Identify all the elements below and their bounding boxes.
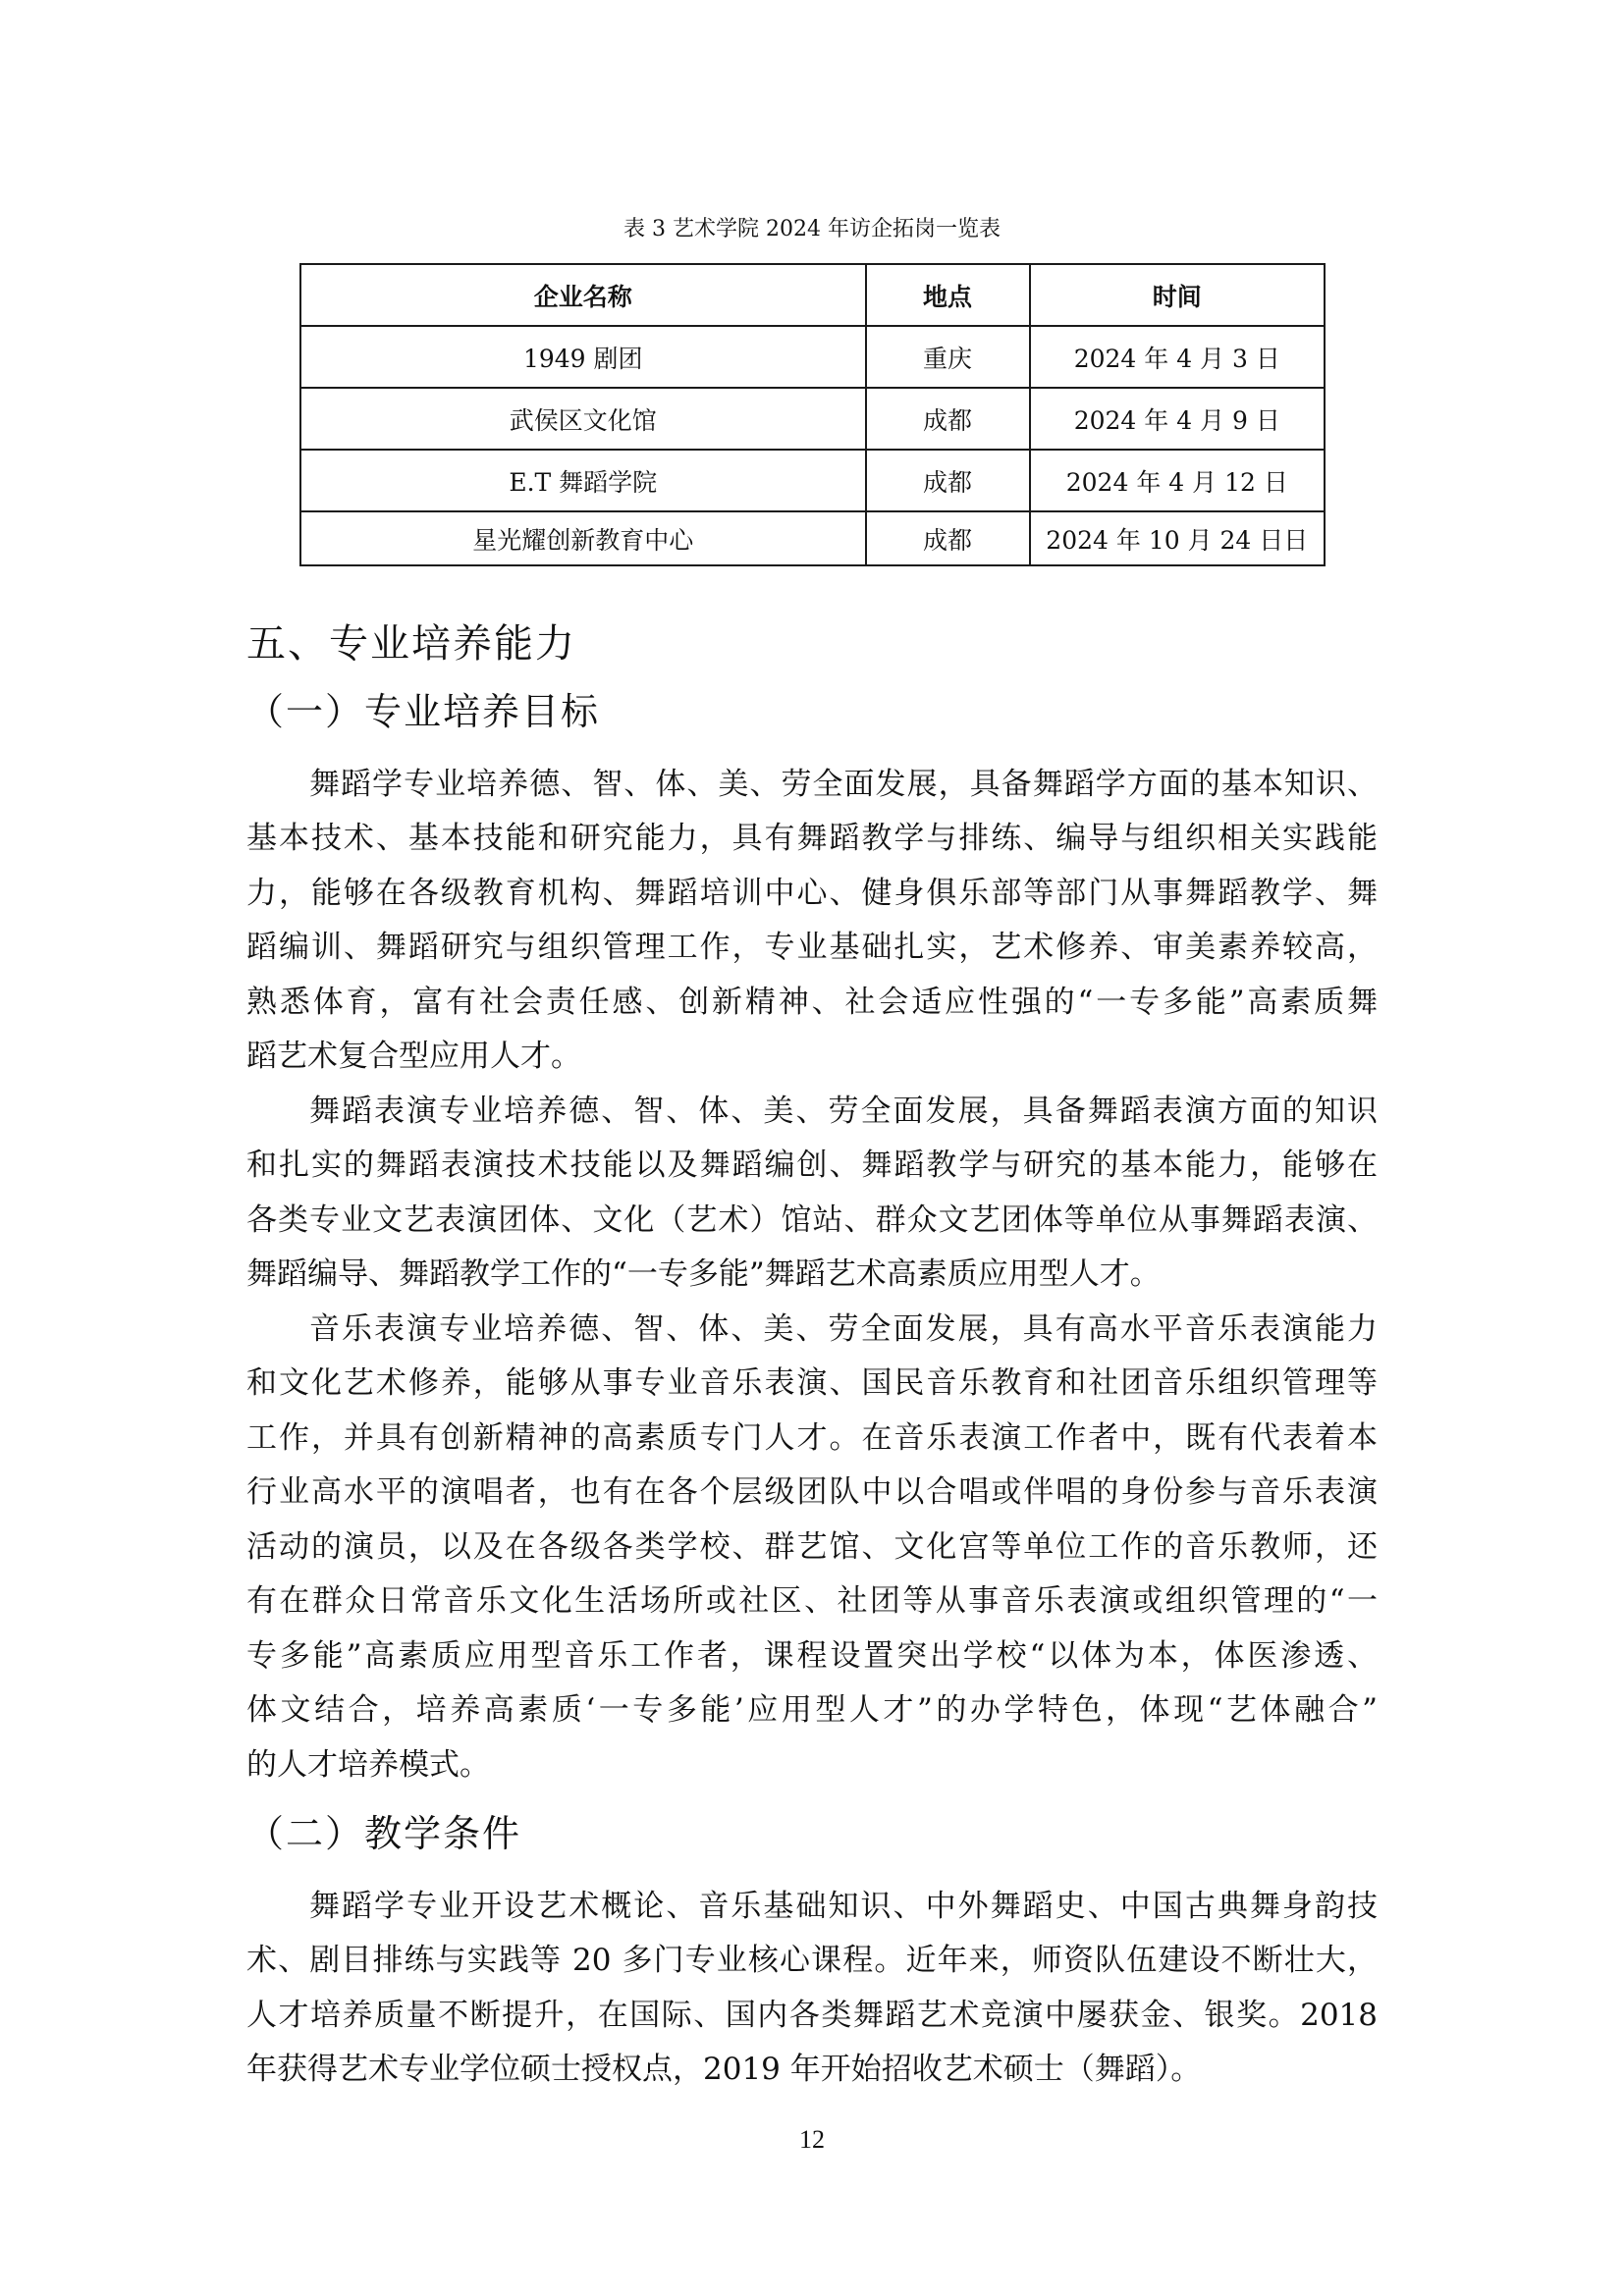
- table-row: 1949 剧团 重庆 2024 年 4 月 3 日: [300, 326, 1325, 388]
- body-line: 和文化艺术修养，能够从事专业音乐表演、国民音乐教育和社团音乐组织管理等: [246, 1363, 1378, 1403]
- body-line: 行业高水平的演唱者，也有在各个层级团队中以合唱或伴唱的身份参与音乐表演: [246, 1472, 1378, 1512]
- subsection-heading-goals: （一）专业培养目标: [246, 687, 600, 736]
- cell-location: 成都: [866, 388, 1030, 450]
- body-line: 力，能够在各级教育机构、舞蹈培训中心、健身俱乐部等部门从事舞蹈教学、舞: [246, 874, 1378, 913]
- page-number: 12: [0, 2124, 1624, 2156]
- body-line: 体文结合，培养高素质‘一专多能’应用型人才”的办学特色，体现“艺体融合”: [246, 1690, 1378, 1730]
- body-line: 舞蹈学专业培养德、智、体、美、劳全面发展，具备舞蹈学方面的基本知识、: [309, 765, 1378, 804]
- cell-location: 成都: [866, 450, 1030, 511]
- table-row: 武侯区文化馆 成都 2024 年 4 月 9 日: [300, 388, 1325, 450]
- body-line: 舞蹈编导、舞蹈教学工作的“一专多能”舞蹈艺术高素质应用型人才。: [246, 1255, 1378, 1294]
- body-line: 舞蹈学专业开设艺术概论、音乐基础知识、中外舞蹈史、中国古典舞身韵技: [309, 1887, 1378, 1926]
- cell-location: 重庆: [866, 326, 1030, 388]
- body-line: 工作，并具有创新精神的高素质专门人才。在音乐表演工作者中，既有代表着本: [246, 1418, 1378, 1458]
- table-row: 星光耀创新教育中心 成都 2024 年 10 月 24 日日: [300, 511, 1325, 565]
- table-caption: 表 3 艺术学院 2024 年访企拓岗一览表: [0, 215, 1624, 244]
- body-line: 人才培养质量不断提升，在国际、国内各类舞蹈艺术竞演中屡获金、银奖。2018: [246, 1996, 1378, 2035]
- cell-date: 2024 年 4 月 12 日: [1030, 450, 1325, 511]
- company-visits-table: 企业名称 地点 时间 1949 剧团 重庆 2024 年 4 月 3 日 武侯区…: [299, 263, 1326, 566]
- body-line: 各类专业文艺表演团体、文化（艺术）馆站、群众文艺团体等单位从事舞蹈表演、: [246, 1201, 1378, 1240]
- header-company-name: 企业名称: [300, 264, 866, 326]
- body-line: 音乐表演专业培养德、智、体、美、劳全面发展，具有高水平音乐表演能力: [309, 1309, 1378, 1349]
- cell-date: 2024 年 4 月 3 日: [1030, 326, 1325, 388]
- body-line: 和扎实的舞蹈表演技术技能以及舞蹈编创、舞蹈教学与研究的基本能力，能够在: [246, 1146, 1378, 1185]
- header-date: 时间: [1030, 264, 1325, 326]
- cell-location: 成都: [866, 511, 1030, 565]
- header-location: 地点: [866, 264, 1030, 326]
- body-line: 年获得艺术专业学位硕士授权点，2019 年开始招收艺术硕士（舞蹈）。: [246, 2050, 1378, 2089]
- table-header-row: 企业名称 地点 时间: [300, 264, 1325, 326]
- body-line: 术、剧目排练与实践等 20 多门专业核心课程。近年来，师资队伍建设不断壮大，: [246, 1941, 1378, 1980]
- table-row: E.T 舞蹈学院 成都 2024 年 4 月 12 日: [300, 450, 1325, 511]
- body-line: 舞蹈表演专业培养德、智、体、美、劳全面发展，具备舞蹈表演方面的知识: [309, 1092, 1378, 1131]
- cell-company: 1949 剧团: [300, 326, 866, 388]
- body-line: 熟悉体育，富有社会责任感、创新精神、社会适应性强的“一专多能”高素质舞: [246, 983, 1378, 1022]
- body-line: 蹈艺术复合型应用人才。: [246, 1037, 1378, 1076]
- body-line: 有在群众日常音乐文化生活场所或社区、社团等从事音乐表演或组织管理的“一: [246, 1581, 1378, 1621]
- body-line: 基本技术、基本技能和研究能力，具有舞蹈教学与排练、编导与组织相关实践能: [246, 819, 1378, 858]
- cell-date: 2024 年 10 月 24 日日: [1030, 511, 1325, 565]
- section-heading: 五、专业培养能力: [246, 618, 576, 669]
- cell-date: 2024 年 4 月 9 日: [1030, 388, 1325, 450]
- body-line: 活动的演员，以及在各级各类学校、群艺馆、文化宫等单位工作的音乐教师，还: [246, 1527, 1378, 1567]
- cell-company: 武侯区文化馆: [300, 388, 866, 450]
- cell-company: 星光耀创新教育中心: [300, 511, 866, 565]
- body-line: 蹈编训、舞蹈研究与组织管理工作，专业基础扎实，艺术修养、审美素养较高，: [246, 928, 1378, 967]
- body-line: 的人才培养模式。: [246, 1745, 1378, 1785]
- cell-company: E.T 舞蹈学院: [300, 450, 866, 511]
- body-line: 专多能”高素质应用型音乐工作者，课程设置突出学校“以体为本，体医渗透、: [246, 1636, 1378, 1676]
- subsection-heading-teaching-conditions: （二）教学条件: [246, 1809, 521, 1858]
